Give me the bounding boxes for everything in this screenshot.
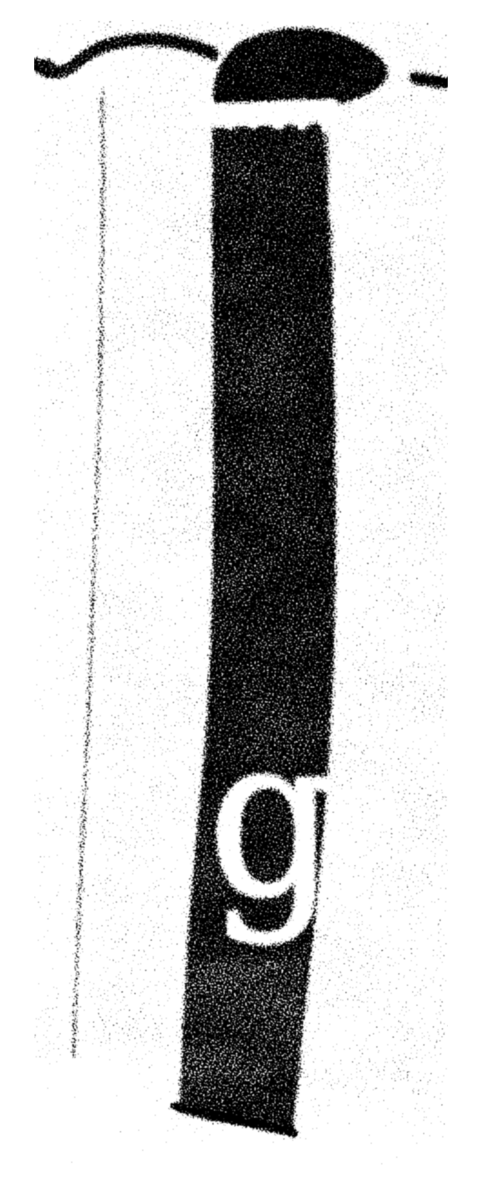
halftone-photo-figure: g — [0, 0, 480, 1196]
top-dash — [415, 78, 445, 83]
ribbon-bottom-corner-spot — [282, 1122, 296, 1136]
ribbon-shade-right — [295, 220, 335, 550]
halftone-canvas: g — [0, 0, 480, 1196]
top-seam-left-end — [32, 58, 58, 76]
tonal-artwork: g — [0, 20, 448, 1196]
fabric-left-strip — [34, 20, 100, 1170]
letter-g: g — [208, 687, 337, 948]
dithered-photo-area: g — [0, 20, 448, 1196]
ribbon-shade-lower-light — [186, 960, 302, 1078]
